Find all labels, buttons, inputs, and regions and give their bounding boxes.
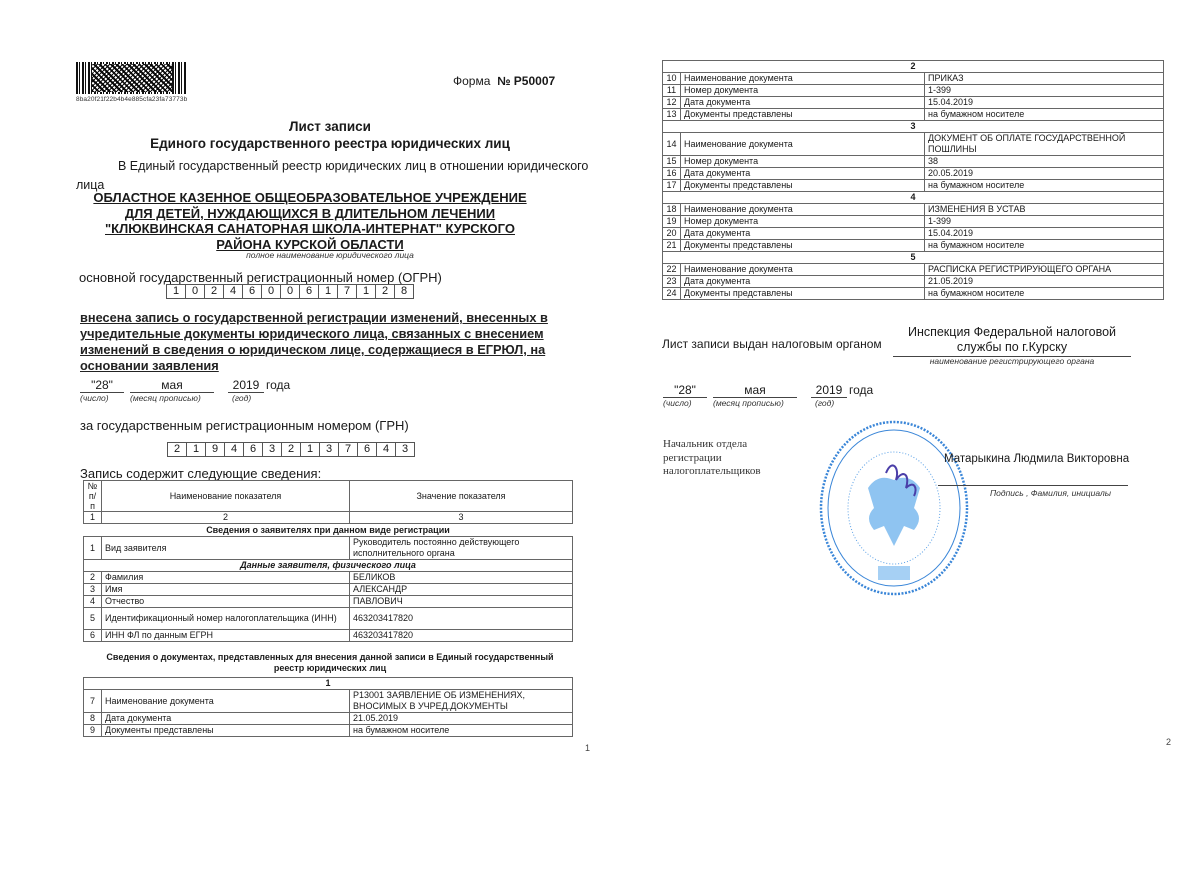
col-name-header: Наименование показателя — [102, 481, 350, 512]
grn-digit: 3 — [319, 442, 339, 457]
ogrn-digit: 1 — [318, 284, 338, 299]
indicator-header-table: № п/п Наименование показателя Значение п… — [83, 480, 573, 524]
row-number: 11 — [663, 85, 681, 97]
row-number: 17 — [663, 180, 681, 192]
table-row: 22Наименование документаРАСПИСКА РЕГИСТР… — [663, 264, 1164, 276]
document-group-number: 3 — [663, 121, 1164, 133]
row-name: Документы представлены — [102, 725, 350, 737]
row-value: ИЗМЕНЕНИЯ В УСТАВ — [925, 204, 1164, 216]
row-value: ПАВЛОВИЧ — [350, 596, 573, 608]
row-value: 20.05.2019 — [925, 168, 1164, 180]
date-month: мая — [130, 378, 214, 393]
row-name: Документы представлены — [681, 288, 925, 300]
table-row: 11Номер документа1-399 — [663, 85, 1164, 97]
table-row: 9Документы представленына бумажном носит… — [84, 725, 573, 737]
row-name: Отчество — [102, 596, 350, 608]
applicants-section-title: Сведения о заявителях при данном виде ре… — [83, 525, 573, 535]
table-row: 6ИНН ФЛ по данным ЕГРН463203417820 — [84, 630, 573, 642]
form-number: Форма № Р50007 — [453, 74, 555, 88]
ogrn-digit: 2 — [375, 284, 395, 299]
table-row: 13Документы представленына бумажном носи… — [663, 109, 1164, 121]
document-group-number: 1 — [84, 678, 573, 690]
date-day-caption: (число) — [663, 398, 692, 408]
table-row: 21Документы представленына бумажном носи… — [663, 240, 1164, 252]
table-row: 19Номер документа1-399 — [663, 216, 1164, 228]
row-name: Наименование документа — [102, 690, 350, 713]
document-title: Лист записи — [70, 119, 590, 134]
ogrn-digit: 0 — [185, 284, 205, 299]
date-year-word: года — [266, 378, 290, 392]
grn-digit: 7 — [338, 442, 358, 457]
date-month: мая — [713, 383, 797, 398]
table-row: 2ФамилияБЕЛИКОВ — [84, 572, 573, 584]
row-value: 21.05.2019 — [925, 276, 1164, 288]
ogrn-digit: 2 — [204, 284, 224, 299]
row-name: Дата документа — [681, 228, 925, 240]
grn-digit: 4 — [376, 442, 396, 457]
grn-digit-boxes: 2 1 9 4 6 3 2 1 3 7 6 4 3 — [168, 442, 415, 457]
table-row: 4ОтчествоПАВЛОВИЧ — [84, 596, 573, 608]
applicant-subheader: Данные заявителя, физического лица — [84, 560, 573, 572]
date-year-caption: (год) — [815, 398, 834, 408]
official-seal-icon — [818, 418, 970, 598]
row-value: БЕЛИКОВ — [350, 572, 573, 584]
organization-name: ОБЛАСТНОЕ КАЗЕННОЕ ОБЩЕОБРАЗОВАТЕЛЬНОЕ У… — [78, 190, 542, 252]
ogrn-digit: 1 — [356, 284, 376, 299]
row-name: Номер документа — [681, 85, 925, 97]
date-day: "28" — [80, 378, 124, 393]
row-value: на бумажном носителе — [925, 240, 1164, 252]
col-value-header: Значение показателя — [350, 481, 573, 512]
date-month-caption: (месяц прописью) — [713, 398, 784, 408]
row-number: 6 — [84, 630, 102, 642]
row-number: 4 — [84, 596, 102, 608]
ogrn-digit: 0 — [280, 284, 300, 299]
grn-digit: 6 — [243, 442, 263, 457]
grn-digit: 3 — [395, 442, 415, 457]
row-number: 8 — [84, 713, 102, 725]
page-number: 1 — [585, 743, 590, 753]
row-value: на бумажном носителе — [925, 288, 1164, 300]
row-value: 1-399 — [925, 85, 1164, 97]
row-number: 19 — [663, 216, 681, 228]
contains-label: Запись содержит следующие сведения: — [80, 466, 321, 481]
table-row: 18Наименование документаИЗМЕНЕНИЯ В УСТА… — [663, 204, 1164, 216]
row-name: Наименование документа — [681, 264, 925, 276]
entry-description: внесена запись о государственной регистр… — [80, 310, 550, 374]
row-number: 3 — [84, 584, 102, 596]
row-number: 16 — [663, 168, 681, 180]
row-number: 9 — [84, 725, 102, 737]
table-row: 15Номер документа38 — [663, 156, 1164, 168]
ogrn-digit: 8 — [394, 284, 414, 299]
document-group-number: 5 — [663, 252, 1164, 264]
table-row: 14Наименование документаДОКУМЕНТ ОБ ОПЛА… — [663, 133, 1164, 156]
row-name: Документы представлены — [681, 109, 925, 121]
row-number: 18 — [663, 204, 681, 216]
row-number: 1 — [84, 537, 102, 560]
issued-by-label: Лист записи выдан налоговым органом — [662, 337, 882, 351]
row-value: на бумажном носителе — [350, 725, 573, 737]
document-group-number: 2 — [663, 61, 1164, 73]
ogrn-digit: 1 — [166, 284, 186, 299]
official-title-line: Начальник отдела — [663, 438, 761, 452]
document-subtitle: Единого государственного реестра юридиче… — [70, 136, 590, 151]
barcode-code: 8ba20f21f22b4b4e885cfa23fa73773b — [76, 96, 187, 103]
ogrn-digit: 0 — [261, 284, 281, 299]
row-number: 7 — [84, 690, 102, 713]
entry-date: "28" мая 2019 года (число) (месяц пропис… — [80, 378, 320, 408]
row-value: 463203417820 — [350, 608, 573, 630]
row-value: 1-399 — [925, 216, 1164, 228]
row-name: Идентификационный номер налогоплательщик… — [102, 608, 350, 630]
table-row: 1 Вид заявителя Руководитель постоянно д… — [84, 537, 573, 560]
grn-label: за государственным регистрационным номер… — [80, 418, 409, 433]
grn-digit: 2 — [167, 442, 187, 457]
ogrn-digit: 6 — [242, 284, 262, 299]
table-row: 16Дата документа20.05.2019 — [663, 168, 1164, 180]
table-row: 10Наименование документаПРИКАЗ — [663, 73, 1164, 85]
row-number: 2 — [84, 572, 102, 584]
table-row: 8Дата документа21.05.2019 — [84, 713, 573, 725]
row-name: Имя — [102, 584, 350, 596]
col-number-header: № п/п — [84, 481, 102, 512]
row-name: Наименование документа — [681, 133, 925, 156]
row-name: Номер документа — [681, 156, 925, 168]
row-name: Документы представлены — [681, 180, 925, 192]
row-value: ПРИКАЗ — [925, 73, 1164, 85]
page-number: 2 — [1166, 737, 1171, 747]
table-row: 20Дата документа15.04.2019 — [663, 228, 1164, 240]
row-number: 23 — [663, 276, 681, 288]
row-number: 10 — [663, 73, 681, 85]
grn-digit: 4 — [224, 442, 244, 457]
grn-digit: 1 — [300, 442, 320, 457]
col-index: 3 — [350, 512, 573, 524]
row-number: 12 — [663, 97, 681, 109]
row-value: АЛЕКСАНДР — [350, 584, 573, 596]
row-value: Р13001 ЗАЯВЛЕНИЕ ОБ ИЗМЕНЕНИЯХ, ВНОСИМЫХ… — [350, 690, 573, 713]
row-value: РАСПИСКА РЕГИСТРИРУЮЩЕГО ОРГАНА — [925, 264, 1164, 276]
applicants-table: 1 Вид заявителя Руководитель постоянно д… — [83, 536, 573, 642]
row-number: 14 — [663, 133, 681, 156]
row-number: 5 — [84, 608, 102, 630]
documents-section-title: Сведения о документах, представленных дл… — [95, 652, 565, 674]
row-name: Наименование документа — [681, 204, 925, 216]
row-value: на бумажном носителе — [925, 109, 1164, 121]
intro-text: В Единый государственный реестр юридичес… — [118, 159, 588, 173]
official-title-line: регистрации — [663, 452, 761, 466]
form-label: Форма — [453, 74, 490, 88]
date-day-caption: (число) — [80, 393, 109, 403]
row-value: 38 — [925, 156, 1164, 168]
col-index: 1 — [84, 512, 102, 524]
organization-name-caption: полное наименование юридического лица — [70, 250, 590, 260]
row-value: 15.04.2019 — [925, 228, 1164, 240]
row-number: 24 — [663, 288, 681, 300]
official-title: Начальник отдела регистрации налогоплате… — [663, 438, 761, 479]
grn-digit: 3 — [262, 442, 282, 457]
row-value: 21.05.2019 — [350, 713, 573, 725]
table-row: 17Документы представленына бумажном носи… — [663, 180, 1164, 192]
row-name: Дата документа — [681, 97, 925, 109]
issuing-authority: Инспекция Федеральной налоговой службы п… — [893, 325, 1131, 357]
table-row: 7Наименование документаР13001 ЗАЯВЛЕНИЕ … — [84, 690, 573, 713]
documents-table-continued: 2 10Наименование документаПРИКАЗ 11Номер… — [662, 60, 1164, 300]
row-name: Дата документа — [102, 713, 350, 725]
ogrn-digit-boxes: 1 0 2 4 6 0 0 6 1 7 1 2 8 — [167, 284, 414, 299]
signature-caption: Подпись , Фамилия, инициалы — [990, 488, 1111, 498]
row-name: ИНН ФЛ по данным ЕГРН — [102, 630, 350, 642]
date-month-caption: (месяц прописью) — [130, 393, 201, 403]
documents-table-1: 1 7Наименование документаР13001 ЗАЯВЛЕНИ… — [83, 677, 573, 737]
row-name: Документы представлены — [681, 240, 925, 252]
ogrn-digit: 7 — [337, 284, 357, 299]
date-year-caption: (год) — [232, 393, 251, 403]
row-name: Номер документа — [681, 216, 925, 228]
row-number: 21 — [663, 240, 681, 252]
table-row: 5Идентификационный номер налогоплательщи… — [84, 608, 573, 630]
row-name: Наименование документа — [681, 73, 925, 85]
row-number: 13 — [663, 109, 681, 121]
row-name: Дата документа — [681, 168, 925, 180]
grn-digit: 9 — [205, 442, 225, 457]
row-number: 15 — [663, 156, 681, 168]
row-number: 20 — [663, 228, 681, 240]
ogrn-label: основной государственный регистрационный… — [79, 270, 442, 285]
ogrn-digit: 6 — [299, 284, 319, 299]
col-index: 2 — [102, 512, 350, 524]
grn-digit: 1 — [186, 442, 206, 457]
row-name: Дата документа — [681, 276, 925, 288]
row-value: на бумажном носителе — [925, 180, 1164, 192]
table-row: 3ИмяАЛЕКСАНДР — [84, 584, 573, 596]
table-row: 23Дата документа21.05.2019 — [663, 276, 1164, 288]
row-name: Вид заявителя — [102, 537, 350, 560]
issue-date: "28" мая 2019 года (число) (месяц пропис… — [663, 383, 903, 413]
row-value: 463203417820 — [350, 630, 573, 642]
date-year: 2019 — [228, 378, 264, 393]
row-value: 15.04.2019 — [925, 97, 1164, 109]
signature-line — [938, 485, 1128, 486]
row-value: ДОКУМЕНТ ОБ ОПЛАТЕ ГОСУДАРСТВЕННОЙ ПОШЛИ… — [925, 133, 1164, 156]
grn-digit: 2 — [281, 442, 301, 457]
signer-name: Матарыкина Людмила Викторовна — [944, 453, 1129, 465]
table-row: 12Дата документа15.04.2019 — [663, 97, 1164, 109]
date-year: 2019 — [811, 383, 847, 398]
row-value: Руководитель постоянно действующего испо… — [350, 537, 573, 560]
table-row: 24Документы представленына бумажном носи… — [663, 288, 1164, 300]
ogrn-digit: 4 — [223, 284, 243, 299]
date-year-word: года — [849, 383, 873, 397]
row-number: 22 — [663, 264, 681, 276]
document-group-number: 4 — [663, 192, 1164, 204]
date-day: "28" — [663, 383, 707, 398]
official-title-line: налогоплательщиков — [663, 465, 761, 479]
form-number-value: № Р50007 — [497, 74, 555, 88]
row-name: Фамилия — [102, 572, 350, 584]
barcode-icon — [76, 62, 186, 94]
issuing-authority-caption: наименование регистрирующего органа — [893, 356, 1131, 366]
grn-digit: 6 — [357, 442, 377, 457]
